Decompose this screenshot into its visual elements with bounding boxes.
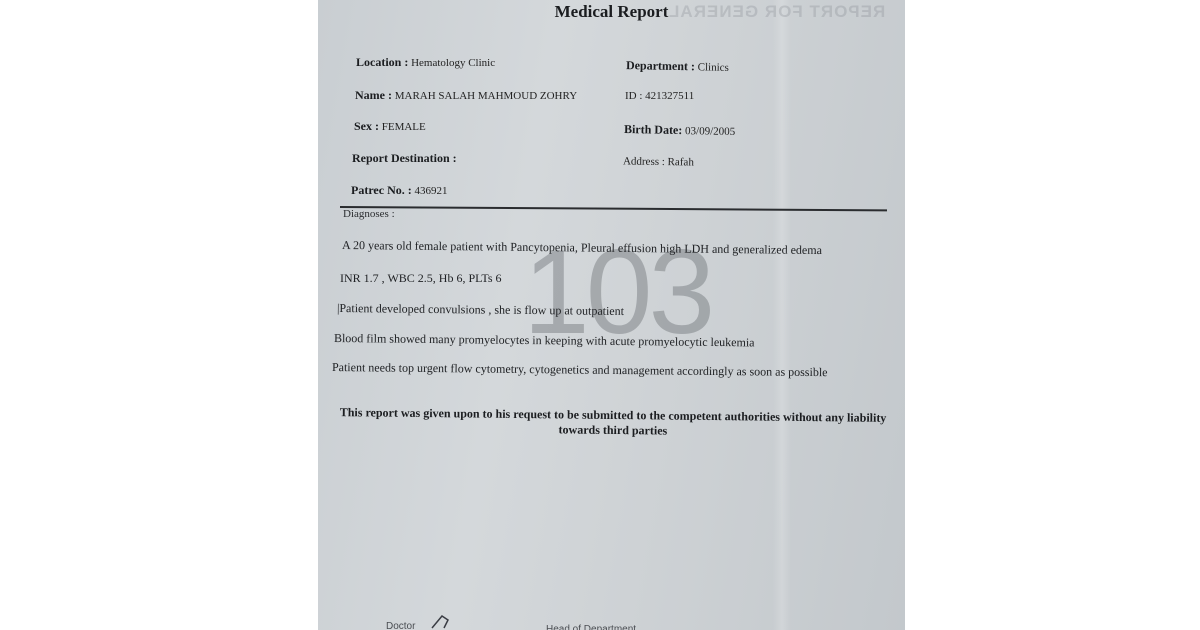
diagnosis-line: |Patient developed convulsions , she is … [337,301,624,319]
address-label: Address : [623,155,665,168]
patrec-field: Patrec No. : 436921 [351,183,448,198]
doctor-signature-label: Doctor [386,621,415,630]
report-destination-field: Report Destination : [352,151,457,166]
department-value: Clinics [698,61,729,74]
sex-value: FEMALE [382,121,426,133]
id-label: ID : [625,90,642,102]
section-divider [340,206,887,211]
location-value: Hematology Clinic [411,57,495,69]
report-title: Medical Report [318,2,905,22]
birth-date-field: Birth Date: 03/09/2005 [624,122,735,139]
address-field: Address : Rafah [623,155,694,168]
patrec-value: 436921 [415,185,448,197]
birth-date-label: Birth Date: [624,122,683,137]
location-label: Location : [356,55,408,69]
report-destination-label: Report Destination : [352,151,457,165]
diagnoses-label: Diagnoses : [343,208,395,220]
disclaimer-text: This report was given upon to his reques… [338,405,888,441]
diagnosis-line: INR 1.7 , WBC 2.5, Hb 6, PLTs 6 [340,271,502,286]
signature-icon [430,612,456,630]
sex-label: Sex : [354,119,379,133]
diagnosis-line: A 20 years old female patient with Pancy… [342,238,822,258]
diagnosis-line: Patient needs top urgent flow cytometry,… [332,360,828,380]
medical-report-paper: REPORT FOR GENERAL 103 Medical Report Lo… [318,0,905,630]
head-of-department-label: Head of Department [546,624,636,630]
paper-fold [773,0,791,630]
address-value: Rafah [668,156,694,168]
patrec-label: Patrec No. : [351,183,412,197]
department-field: Department : Clinics [626,58,729,75]
id-field: ID : 421327511 [625,90,694,102]
birth-date-value: 03/09/2005 [685,125,735,138]
department-label: Department : [626,58,695,73]
name-field: Name : MARAH SALAH MAHMOUD ZOHRY [355,88,577,103]
id-value: 421327511 [645,90,694,102]
sex-field: Sex : FEMALE [354,119,426,134]
name-value: MARAH SALAH MAHMOUD ZOHRY [395,90,577,102]
location-field: Location : Hematology Clinic [356,55,495,70]
name-label: Name : [355,88,392,102]
diagnosis-line: Blood film showed many promyelocytes in … [334,331,755,350]
